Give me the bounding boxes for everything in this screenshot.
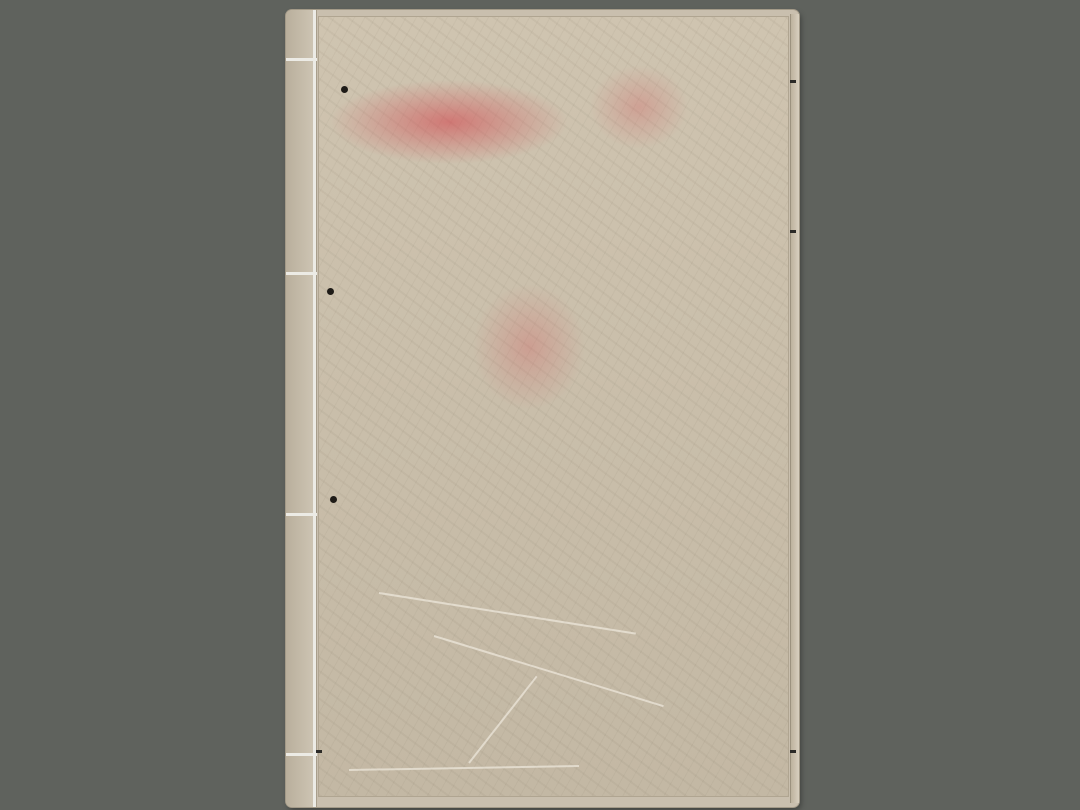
binding-hole [327, 288, 334, 295]
paper-crease [379, 592, 636, 635]
binding-thread [286, 753, 317, 756]
page-edges [790, 14, 799, 803]
book-cover [318, 16, 789, 797]
edge-mark [790, 80, 796, 83]
edge-mark [790, 230, 796, 233]
binding-thread [286, 272, 317, 275]
binding-hole [330, 496, 337, 503]
book [286, 10, 799, 807]
binding-thread [313, 10, 316, 807]
binding-thread [286, 58, 317, 61]
binding-hole [341, 86, 348, 93]
paper-crease [349, 765, 579, 771]
edge-mark [790, 750, 796, 753]
paper-crease [468, 676, 537, 764]
binding-thread [286, 513, 317, 516]
paper-crease [434, 635, 664, 707]
edge-mark [316, 750, 322, 753]
